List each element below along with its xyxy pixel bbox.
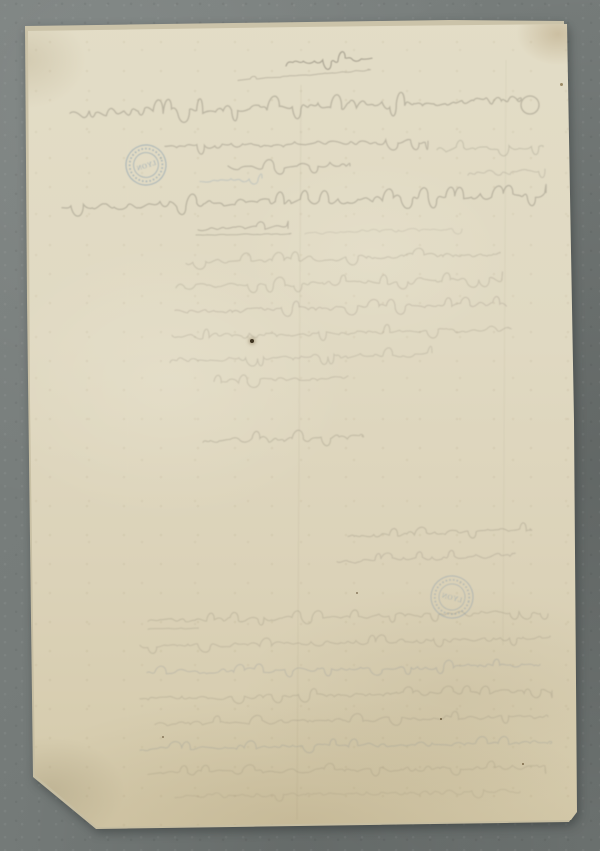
handwriting-body-paragraph [170,248,511,387]
scanned-document-page: { "meta": { "description": "Scan of the … [0,0,600,851]
ink-speck [250,339,254,343]
stamp-center-text: LYON [441,591,463,604]
library-stamp-upper: LYON [121,140,171,190]
fold-crease [503,60,506,645]
paper-sheet-group: LYONLYON [0,0,600,851]
ink-speck [356,592,358,594]
handwriting-salutation-word [203,430,363,446]
handwriting-top-docket [238,52,372,81]
letter-verso-sheet: LYONLYON [0,0,600,851]
handwriting-closing-formula [337,523,532,563]
ink-speck [162,736,164,738]
ink-speck [522,763,524,765]
library-stamp-lower: LYON [427,572,478,623]
ink-speck [560,83,563,86]
stamp-center-text: LYON [136,160,157,173]
scan-scene: LYONLYON [0,0,600,851]
bleedthrough-ink-layer: LYONLYON [0,0,600,851]
handwriting-heading-block [62,92,546,235]
fold-crease [297,85,301,820]
handwriting-bottom-annotation [140,610,552,801]
